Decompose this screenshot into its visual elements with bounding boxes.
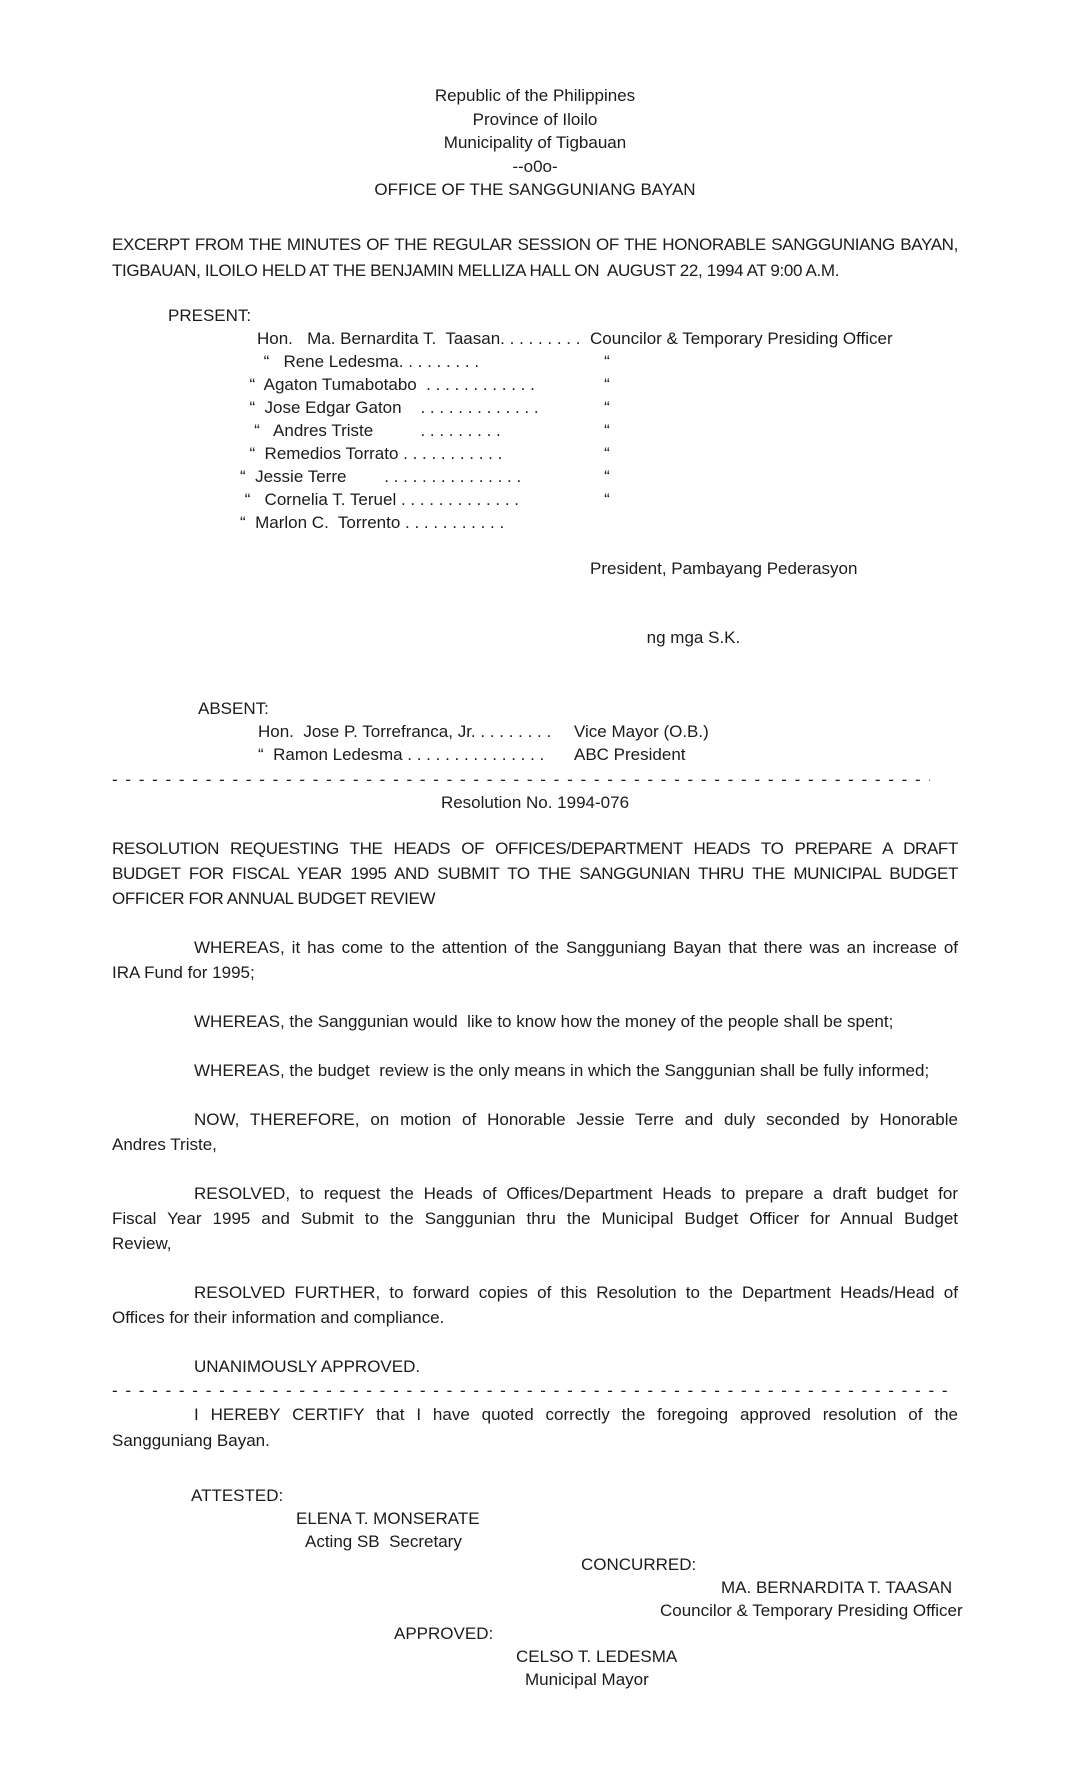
attested-title: Acting SB Secretary	[305, 1530, 958, 1553]
title-line: RESOLUTION REQUESTING THE HEADS OF OFFIC…	[112, 836, 958, 861]
title-line: BUDGET FOR FISCAL YEAR 1995 AND SUBMIT T…	[112, 861, 958, 886]
attendee-row: “ Jessie Terre . . . . . . . . . . . . .…	[112, 465, 958, 488]
resolution-title-paragraph: RESOLUTION REQUESTING THE HEADS OF OFFIC…	[112, 836, 958, 911]
absent-label: ABSENT:	[198, 697, 958, 720]
header-line-province: Province of Iloilo	[112, 108, 958, 132]
attendee-role: “	[590, 373, 610, 396]
excerpt-line: TIGBAUAN, ILOILO HELD AT THE BENJAMIN ME…	[112, 258, 958, 284]
attendee-name: “ Jose Edgar Gaton . . . . . . . . . . .…	[112, 396, 590, 419]
attested-name: ELENA T. MONSERATE	[296, 1507, 958, 1530]
excerpt-paragraph: EXCERPT FROM THE MINUTES OF THE REGULAR …	[112, 232, 958, 284]
body-line: Offices for their information and compli…	[112, 1305, 958, 1330]
attendee-row: “ Andres Triste . . . . . . . . . “	[112, 419, 958, 442]
attendee-row: “ Cornelia T. Teruel . . . . . . . . . .…	[112, 488, 958, 511]
absent-list: Hon. Jose P. Torrefranca, Jr. . . . . . …	[112, 720, 958, 766]
attendee-name: “ Remedios Torrato . . . . . . . . . . .	[112, 442, 590, 465]
attendee-row: Hon. Ma. Bernardita T. Taasan. . . . . .…	[112, 327, 958, 350]
header-line-office: OFFICE OF THE SANGGUNIANG BAYAN	[112, 178, 958, 202]
body-line: Sangguniang Bayan.	[112, 1428, 958, 1454]
attendee-row: Hon. Jose P. Torrefranca, Jr. . . . . . …	[112, 720, 958, 743]
body-line: RESOLVED, to request the Heads of Office…	[112, 1181, 958, 1206]
body-line: IRA Fund for 1995;	[112, 960, 958, 985]
header-line-republic: Republic of the Philippines	[112, 84, 958, 108]
attendee-name: “ Ramon Ledesma . . . . . . . . . . . . …	[112, 743, 574, 766]
present-label: PRESENT:	[168, 304, 958, 327]
approved-label: APPROVED:	[394, 1622, 958, 1645]
attendee-row: “ Ramon Ledesma . . . . . . . . . . . . …	[112, 743, 958, 766]
resolution-number: Resolution No. 1994-076	[112, 791, 958, 814]
concurred-name: MA. BERNARDITA T. TAASAN	[721, 1576, 958, 1599]
header-line-municipality: Municipality of Tigbauan	[112, 131, 958, 155]
present-list: Hon. Ma. Bernardita T. Taasan. . . . . .…	[112, 327, 958, 695]
dashed-divider: - - - - - - - - - - - - - - - - - - - - …	[112, 768, 930, 791]
attendee-role: Councilor & Temporary Presiding Officer	[590, 327, 893, 350]
body-line: RESOLVED FURTHER, to forward copies of t…	[112, 1280, 958, 1305]
attendee-role: ABC President	[574, 743, 686, 766]
whereas-paragraph-3: WHEREAS, the budget review is the only m…	[112, 1058, 958, 1083]
now-therefore-paragraph: NOW, THEREFORE, on motion of Honorable J…	[112, 1107, 958, 1157]
attendee-name: “ Andres Triste . . . . . . . . .	[112, 419, 590, 442]
certification-paragraph: I HEREBY CERTIFY that I have quoted corr…	[112, 1402, 958, 1454]
attested-label: ATTESTED:	[191, 1484, 958, 1507]
attendee-row: “ Remedios Torrato . . . . . . . . . . .…	[112, 442, 958, 465]
resolved-further-paragraph: RESOLVED FURTHER, to forward copies of t…	[112, 1280, 958, 1330]
attendee-name: “ Agaton Tumabotabo . . . . . . . . . . …	[112, 373, 590, 396]
attendee-role: Vice Mayor (O.B.)	[574, 720, 709, 743]
attendee-role-line: President, Pambayang Pederasyon	[590, 557, 857, 580]
document-page: Republic of the Philippines Province of …	[0, 0, 1088, 1792]
body-line: I HEREBY CERTIFY that I have quoted corr…	[112, 1402, 958, 1428]
attendee-row: “ Jose Edgar Gaton . . . . . . . . . . .…	[112, 396, 958, 419]
excerpt-line: EXCERPT FROM THE MINUTES OF THE REGULAR …	[112, 232, 958, 258]
attendee-role-line: ng mga S.K.	[590, 626, 857, 649]
signature-block: ATTESTED: ELENA T. MONSERATE Acting SB S…	[112, 1484, 958, 1691]
body-line: WHEREAS, it has come to the attention of…	[112, 935, 958, 960]
attendee-row: “ Marlon C. Torrento . . . . . . . . . .…	[112, 511, 958, 695]
attendee-name: “ Rene Ledesma. . . . . . . . .	[112, 350, 590, 373]
body-line: Review,	[112, 1231, 958, 1256]
approved-title: Municipal Mayor	[525, 1668, 958, 1691]
body-line: WHEREAS, the budget review is the only m…	[112, 1058, 958, 1083]
title-line: OFFICER FOR ANNUAL BUDGET REVIEW	[112, 886, 958, 911]
attendee-name: “ Cornelia T. Teruel . . . . . . . . . .…	[112, 488, 590, 511]
attendee-role: “	[590, 465, 610, 488]
attendee-name: “ Jessie Terre . . . . . . . . . . . . .…	[112, 465, 590, 488]
whereas-paragraph-1: WHEREAS, it has come to the attention of…	[112, 935, 958, 985]
unanimously-approved-line: UNANIMOUSLY APPROVED.	[112, 1354, 958, 1379]
concurred-label: CONCURRED:	[581, 1553, 958, 1576]
attendee-row: “ Agaton Tumabotabo . . . . . . . . . . …	[112, 373, 958, 396]
attendee-role: “	[590, 396, 610, 419]
resolved-paragraph: RESOLVED, to request the Heads of Office…	[112, 1181, 958, 1256]
body-line: WHEREAS, the Sanggunian would like to kn…	[112, 1009, 958, 1034]
approved-name: CELSO T. LEDESMA	[516, 1645, 958, 1668]
attendee-role: “	[590, 442, 610, 465]
concurred-title: Councilor & Temporary Presiding Officer	[660, 1599, 958, 1622]
body-line: Andres Triste,	[112, 1132, 958, 1157]
attendee-role: “	[590, 488, 610, 511]
attendee-name: Hon. Ma. Bernardita T. Taasan. . . . . .…	[112, 327, 590, 350]
dashed-divider: - - - - - - - - - - - - - - - - - - - - …	[112, 1379, 953, 1402]
body-line: NOW, THEREFORE, on motion of Honorable J…	[112, 1107, 958, 1132]
attendee-row: “ Rene Ledesma. . . . . . . . . “	[112, 350, 958, 373]
attendee-role: “	[590, 419, 610, 442]
header-line-ornament: --o0o-	[112, 155, 958, 179]
attendee-name: “ Marlon C. Torrento . . . . . . . . . .…	[112, 511, 590, 695]
attendee-name: Hon. Jose P. Torrefranca, Jr. . . . . . …	[112, 720, 574, 743]
whereas-paragraph-2: WHEREAS, the Sanggunian would like to kn…	[112, 1009, 958, 1034]
attendee-role: “	[590, 350, 610, 373]
body-line: Fiscal Year 1995 and Submit to the Sangg…	[112, 1206, 958, 1231]
body-line: UNANIMOUSLY APPROVED.	[112, 1354, 958, 1379]
attendee-role: President, Pambayang Pederasyon ng mga S…	[590, 511, 857, 695]
document-header: Republic of the Philippines Province of …	[112, 84, 958, 202]
